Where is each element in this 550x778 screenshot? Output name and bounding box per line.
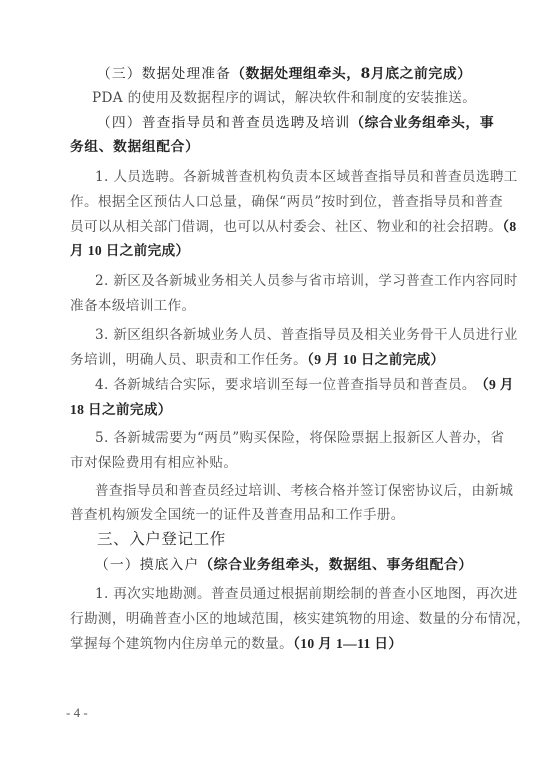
- heading-note-continued: 务组、数据组配合）: [70, 138, 490, 156]
- paragraph-line: 作。根据全区预估人口总量，确保“两员”按时到位，普查指导员和普查: [70, 193, 490, 211]
- paragraph-line: 3. 新区组织各新城业务人员、普查指导员及相关业务骨干人员进行业: [95, 326, 515, 344]
- heading-note: （数据处理组牵头，8月底之前完成）: [231, 66, 472, 82]
- paragraph-line: 市对保险费用有相应补贴。: [70, 454, 490, 472]
- paragraph-line: 准备本级培训工作。: [70, 297, 490, 315]
- deadline-text: 月 10 日之前完成）: [70, 242, 490, 260]
- paragraph-line: 普查指导员和普查员经过培训、考核合格并签订保密协议后，由新城: [95, 482, 515, 500]
- paragraph-line: 行勘测，明确普查小区的地域范围，核实建筑物的用途、数量的分布情况，: [70, 610, 490, 628]
- paragraph-line: PDA 的使用及数据程序的调试，解决软件和制度的安装推送。: [92, 89, 512, 107]
- deadline-text: （10 月 1—11 日）: [293, 636, 402, 651]
- paragraph-line: 4. 各新城结合实际，要求培训至每一位普查指导员和普查员。（9 月: [95, 376, 515, 394]
- paragraph-line: 掌握每个建筑物内住房单元的数量。（10 月 1—11 日）: [70, 635, 490, 653]
- heading-title: （三）数据处理准备: [97, 66, 231, 82]
- paragraph-text: 员可以从相关部门借调，也可以从村委会、社区、物业和的社会招聘。: [70, 219, 502, 235]
- paragraph-line: 2. 新区及各新城业务相关人员参与省市培训，学习普查工作内容同时: [95, 272, 515, 290]
- deadline-text: （9 月 10 日之前完成）: [307, 352, 444, 367]
- paragraph-line: 务培训，明确人员、职责和工作任务。（9 月 10 日之前完成）: [70, 351, 490, 369]
- deadline-text: 18 日之前完成）: [70, 401, 490, 419]
- section-heading-data-processing: （三）数据处理准备（数据处理组牵头，8月底之前完成）: [97, 65, 517, 83]
- paragraph-text: 掌握每个建筑物内住房单元的数量。: [70, 636, 293, 652]
- page-number: - 4 -: [66, 705, 88, 721]
- paragraph-line: 1. 人员选聘。各新城普查机构负责本区域普查指导员和普查员选聘工: [95, 168, 515, 186]
- paragraph-line: 员可以从相关部门借调，也可以从村委会、社区、物业和的社会招聘。（8: [70, 218, 490, 236]
- heading-title: （一）摸底入户: [95, 557, 199, 573]
- paragraph-text: 务培训，明确人员、职责和工作任务。: [70, 352, 307, 368]
- document-page: （三）数据处理准备（数据处理组牵头，8月底之前完成） PDA 的使用及数据程序的…: [0, 0, 550, 778]
- section-heading-recruitment: （四）普查指导员和普查员选聘及培训（综合业务组牵头，事: [97, 114, 517, 132]
- heading-note: （综合业务组牵头，数据组、事务组配合）: [199, 557, 473, 573]
- paragraph-line: 5. 各新城需要为“两员”购买保险，将保险票据上报新区人普办，省: [95, 429, 515, 447]
- section-heading-canvass: （一）摸底入户（综合业务组牵头，数据组、事务组配合）: [95, 556, 515, 574]
- deadline-text: （9 月: [482, 377, 514, 392]
- paragraph-line: 普查机构颁发全国统一的证件及普查用品和工作手册。: [70, 506, 490, 524]
- paragraph-text: 4. 各新城结合实际，要求培训至每一位普查指导员和普查员。: [95, 377, 476, 393]
- heading-note: （综合业务组牵头，事: [350, 115, 494, 131]
- deadline-text: （8: [502, 219, 516, 234]
- chapter-heading-household-registration: 三、入户登记工作: [97, 530, 517, 548]
- heading-title: （四）普查指导员和普查员选聘及培训: [97, 115, 350, 131]
- paragraph-line: 1. 再次实地勘测。普查员通过根据前期绘制的普查小区地图，再次进: [95, 585, 515, 603]
